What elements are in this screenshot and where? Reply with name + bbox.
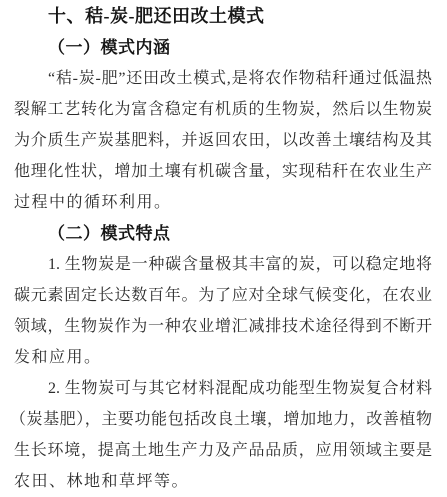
section-2-heading: （二）模式特点 — [14, 218, 432, 249]
section-1-para-1-line-1: “秸-炭-肥”还田改土模式,是将农作物秸秆通过低温热 — [14, 63, 432, 94]
section-2-para-1-line-2: 碳元素固定长达数百年。为了应对全球气候变化，在农业 — [14, 280, 432, 311]
section-1-para-1-line-4: 他理化性状，增加土壤有机碳含量，实现秸秆在农业生产 — [14, 156, 432, 187]
section-2-para-2-line-2: （炭基肥），主要功能包括改良土壤，增加地力，改善植物 — [14, 404, 432, 435]
document-title: 十、秸-炭-肥还田改土模式 — [14, 1, 432, 32]
section-1-para-1-line-3: 为介质生产炭基肥料，并返回农田，以改善土壤结构及其 — [14, 125, 432, 156]
section-2-para-1-line-1: 1. 生物炭是一种碳含量极其丰富的炭，可以稳定地将 — [14, 249, 432, 280]
section-1-para-1-line-2: 裂解工艺转化为富含稳定有机质的生物炭，然后以生物炭 — [14, 94, 432, 125]
section-1-heading: （一）模式内涵 — [14, 32, 432, 63]
section-2-para-2-line-1: 2. 生物炭可与其它材料混配成功能型生物炭复合材料 — [14, 373, 432, 404]
section-2-para-1-line-4: 发和应用。 — [14, 342, 432, 373]
document-page: 十、秸-炭-肥还田改土模式 （一）模式内涵 “秸-炭-肥”还田改土模式,是将农作… — [0, 0, 447, 497]
section-2-para-1-line-3: 领域，生物炭作为一种农业增汇减排技术途径得到不断开 — [14, 311, 432, 342]
section-2-para-2-line-4: 农田、林地和草坪等。 — [14, 466, 432, 497]
section-1-para-1-line-5: 过程中的循环利用。 — [14, 187, 432, 218]
section-2-para-2-line-3: 生长环境，提高土地生产力及产品品质，应用领域主要是 — [14, 435, 432, 466]
